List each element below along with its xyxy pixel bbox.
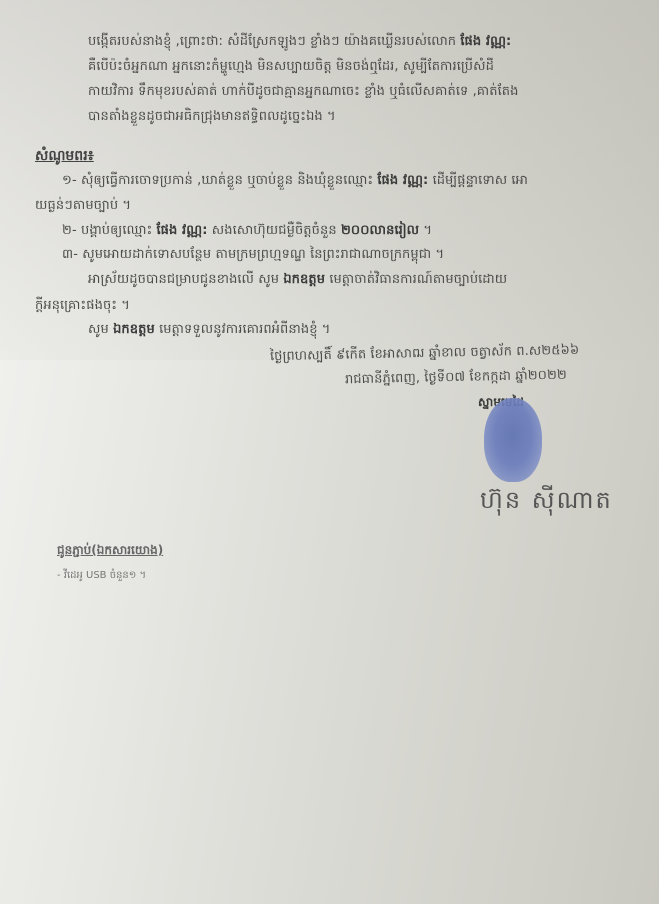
request-1-line-1: ១- សុំឲ្យធ្វើការចោទប្រកាន់ ,ឃាត់ខ្លួន ឬច… xyxy=(62,171,528,191)
paragraph-line-4: បានតាំងខ្លួនដូចជាអធិកជ្រុងមានឥទ្ធិពលដូច្… xyxy=(88,107,336,127)
excellency-title: ឯកឧត្តម xyxy=(283,272,325,287)
paragraph-line-1: បង្កើតរបស់នាងខ្ញុំ ,ព្រោះថា: សំដីស្រែកឡូ… xyxy=(88,32,511,52)
attachment-item: - វីដេអូ USB ចំនួន១ ។ xyxy=(57,568,146,583)
attachments-heading: ជូនភ្ជាប់(ឯកសារយោង) xyxy=(57,542,163,560)
request-1-line-2: យធ្ងន់ៗតាមច្បាប់ ។ xyxy=(35,196,131,216)
accused-name: ផែង វណ្ណ: xyxy=(377,173,428,188)
signature-name: ហ៊ុន ស៊ីណាត xyxy=(480,485,613,520)
request-2: ២- បង្គាប់ឲ្យឈ្មោះ ផែង វណ្ណ: សងសោហ៊ុយជម្… xyxy=(62,221,432,241)
closing-line-1: អាស្រ័យដូចបានជម្រាបជូនខាងលើ សូម ឯកឧត្តម … xyxy=(88,270,507,290)
accused-name: ផែង វណ្ណ: xyxy=(460,34,511,49)
request-3: ៣- សូមអោយដាក់ទោសបន្ថែម តាមក្រមព្រហ្មទណ្ឌ… xyxy=(62,245,444,265)
paragraph-line-3: កាយវិការ ទឹកមុខរបស់គាត់ ហាក់បីដូចជាគ្មាន… xyxy=(88,82,518,102)
requests-heading: សំណូមពរ៖ xyxy=(35,146,94,167)
excellency-title: ឯកឧត្តម xyxy=(113,322,155,337)
accused-name: ផែង វណ្ណ: xyxy=(157,223,208,238)
date-place: រាជធានីភ្នំពេញ, ថ្ងៃទី០៧ ខែកក្កដា ឆ្នាំ២… xyxy=(345,366,567,391)
paragraph-line-2: គឺបើប៉ះចំអ្នកណា អ្នកនោះកំម្ហូហ្មេង មិនសប… xyxy=(88,57,494,77)
thumbprint-stamp xyxy=(484,398,542,482)
closing-line-2: ក្តីអនុគ្រោះផងចុះ ។ xyxy=(35,296,130,316)
closing-line-3: សូម ឯកឧត្តម មេត្តាទទួលនូវការគោរពអំពីនាងខ… xyxy=(88,320,330,340)
complaint-letter-page: បង្កើតរបស់នាងខ្ញុំ ,ព្រោះថា: សំដីស្រែកឡូ… xyxy=(0,0,659,904)
compensation-amount: ២០០លានរៀល xyxy=(341,223,419,238)
date-lunar: ថ្ងៃព្រហស្បតិ៍ ៩កើត ខែអាសាឍ ឆ្នាំខាល ចត្… xyxy=(270,341,580,367)
